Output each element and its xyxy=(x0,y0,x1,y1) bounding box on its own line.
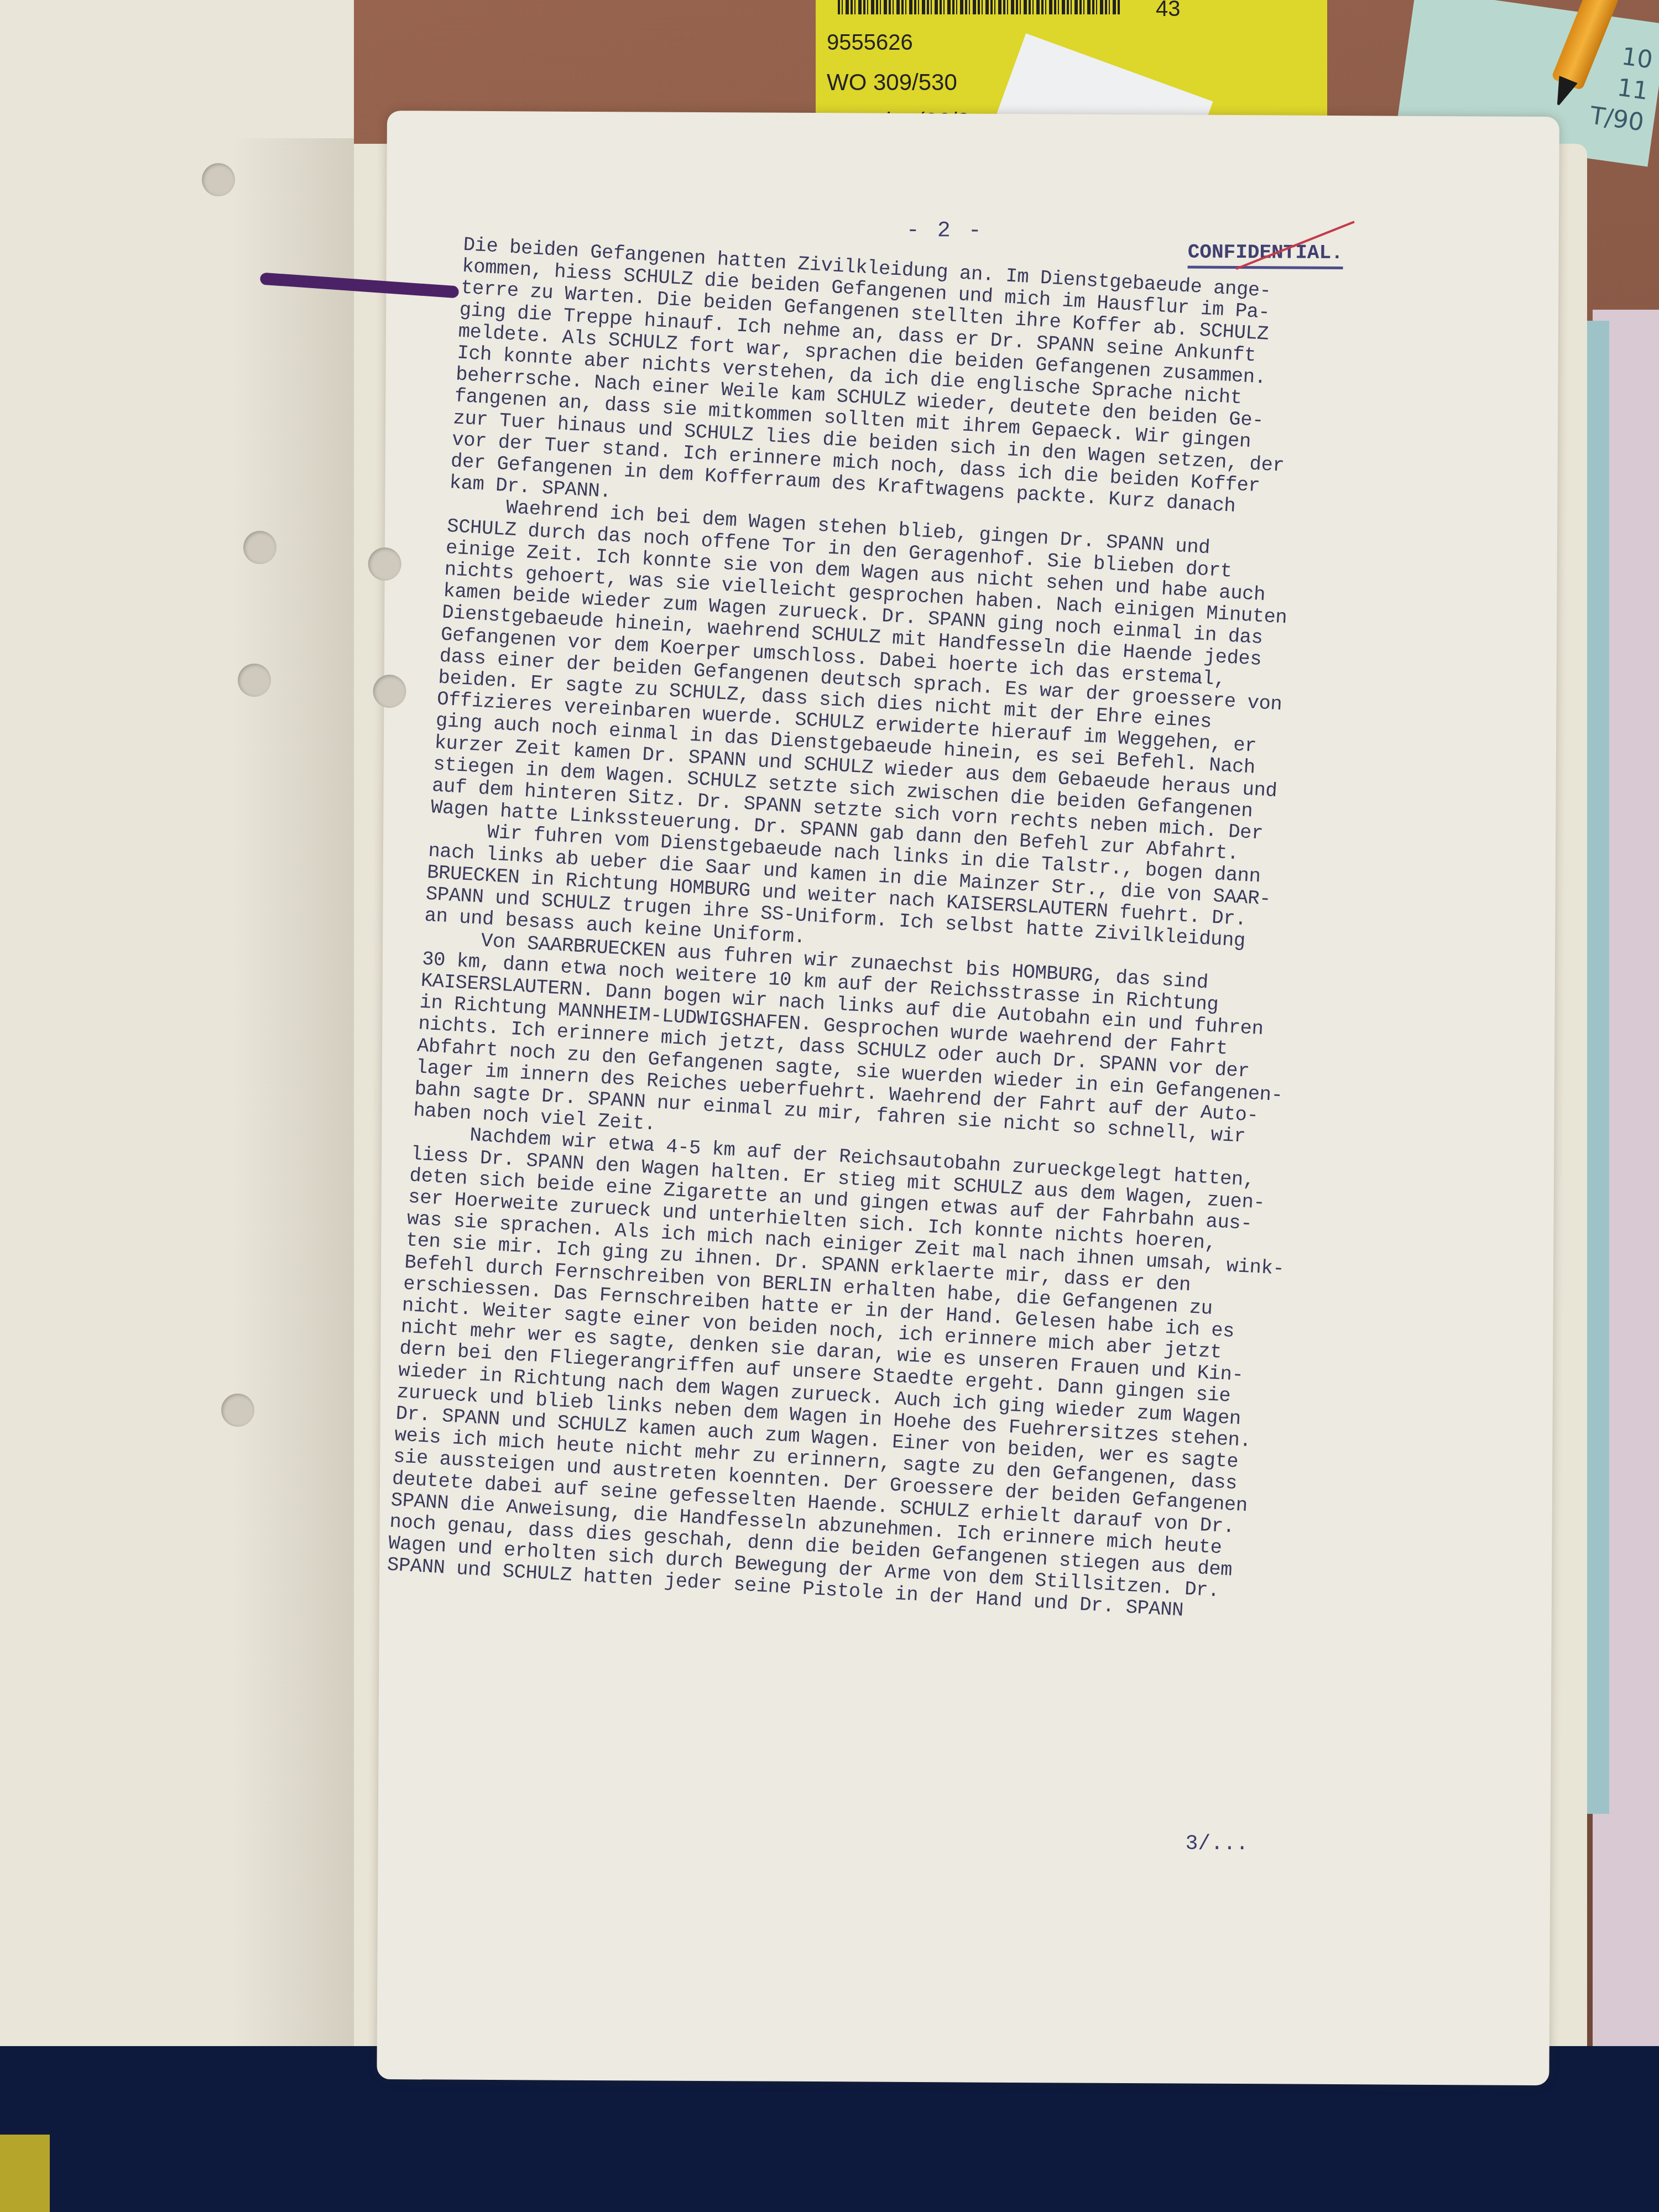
slip-item-id: 9555626 xyxy=(827,30,913,55)
typewritten-body: Die beiden Gefangenen hatten Zivilkleidu… xyxy=(387,234,1347,1627)
punch-hole xyxy=(373,675,406,708)
punch-hole xyxy=(368,547,401,581)
slip-reference: WO 309/530 xyxy=(827,69,957,96)
punch-hole xyxy=(238,664,271,697)
classification-stamp: CONFIDENTIAL. xyxy=(1188,241,1343,269)
document-page: - 2 - CONFIDENTIAL. Die beiden Gefangene… xyxy=(377,111,1559,2085)
note-line: T/90 xyxy=(1588,100,1646,139)
barcode-icon xyxy=(838,0,1120,14)
page-number: - 2 - xyxy=(906,218,984,244)
page-shadow xyxy=(232,138,354,2101)
punch-hole xyxy=(243,531,276,564)
handwritten-note-text: 10 11 T/90 xyxy=(1588,38,1655,139)
slip-count: 43 xyxy=(1156,0,1181,22)
punch-hole xyxy=(221,1394,254,1427)
punch-hole xyxy=(202,163,235,196)
left-page xyxy=(0,0,354,2101)
continuation-marker: 3/... xyxy=(1185,1832,1248,1856)
yellow-fabric xyxy=(0,2135,50,2212)
